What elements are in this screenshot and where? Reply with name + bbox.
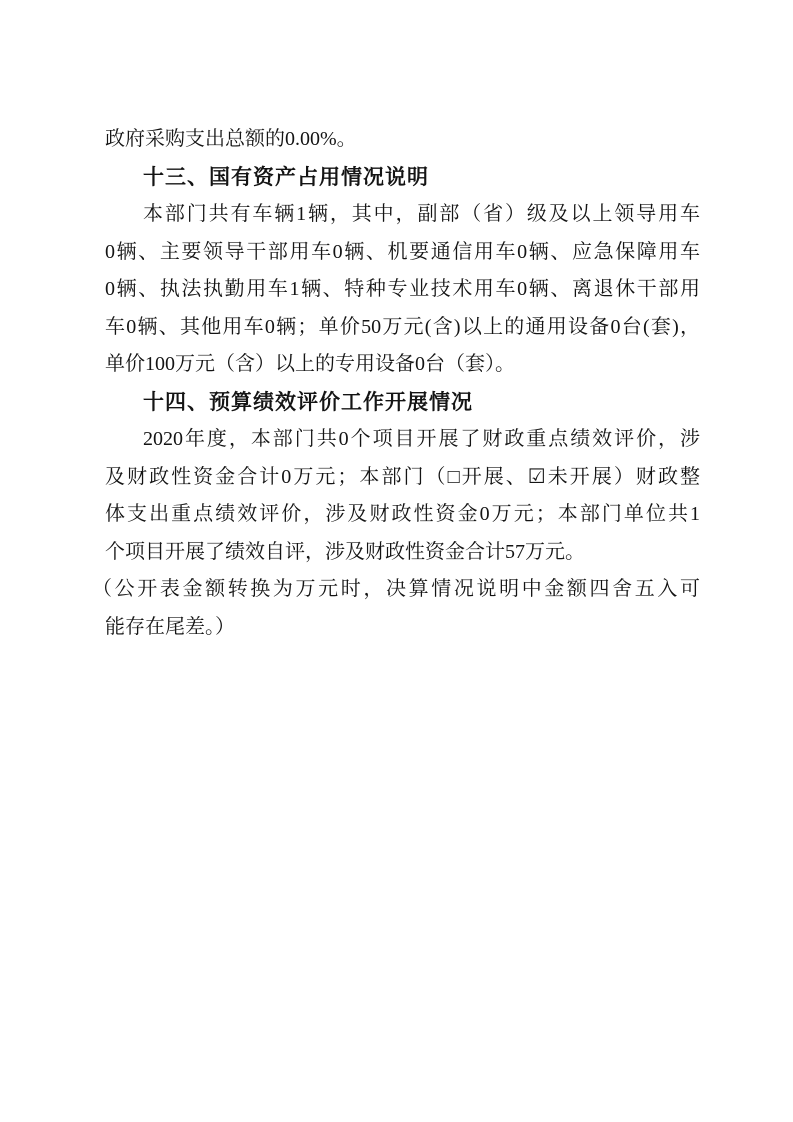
section-13-paragraph-line: 本部门共有车辆1辆，其中，副部（省）级及以上领导用车 (105, 196, 700, 234)
document-content: 政府采购支出总额的0.00%。 十三、国有资产占用情况说明 本部门共有车辆1辆，… (105, 121, 700, 646)
rounding-note-line: 能存在尾差。） (105, 609, 700, 647)
section-13-paragraph-line: 0辆、主要领导干部用车0辆、机要通信用车0辆、应急保障用车 (105, 234, 700, 272)
section-14-paragraph-line: 2020年度，本部门共0个项目开展了财政重点绩效评价，涉 (105, 421, 700, 459)
section-14-paragraph-line: 体支出重点绩效评价，涉及财政性资金0万元；本部门单位共1 (105, 496, 700, 534)
section-13-paragraph-line: 0辆、执法执勤用车1辆、特种专业技术用车0辆、离退休干部用 (105, 271, 700, 309)
intro-paragraph-tail-line: 政府采购支出总额的0.00%。 (105, 121, 700, 159)
section-14-heading: 十四、预算绩效评价工作开展情况 (105, 384, 700, 422)
section-13-paragraph-line: 单价100万元（含）以上的专用设备0台（套）。 (105, 346, 700, 384)
section-13-heading: 十三、国有资产占用情况说明 (105, 159, 700, 197)
section-13-paragraph-line: 车0辆、其他用车0辆；单价50万元(含)以上的通用设备0台(套)， (105, 309, 700, 347)
section-14-paragraph-line: 及财政性资金合计0万元；本部门（□开展、☑未开展）财政整 (105, 459, 700, 497)
section-14-paragraph-line: 个项目开展了绩效自评，涉及财政性资金合计57万元。 (105, 534, 700, 572)
rounding-note-line: （公开表金额转换为万元时，决算情况说明中金额四舍五入可 (92, 571, 700, 609)
document-page: 政府采购支出总额的0.00%。 十三、国有资产占用情况说明 本部门共有车辆1辆，… (0, 0, 793, 1122)
